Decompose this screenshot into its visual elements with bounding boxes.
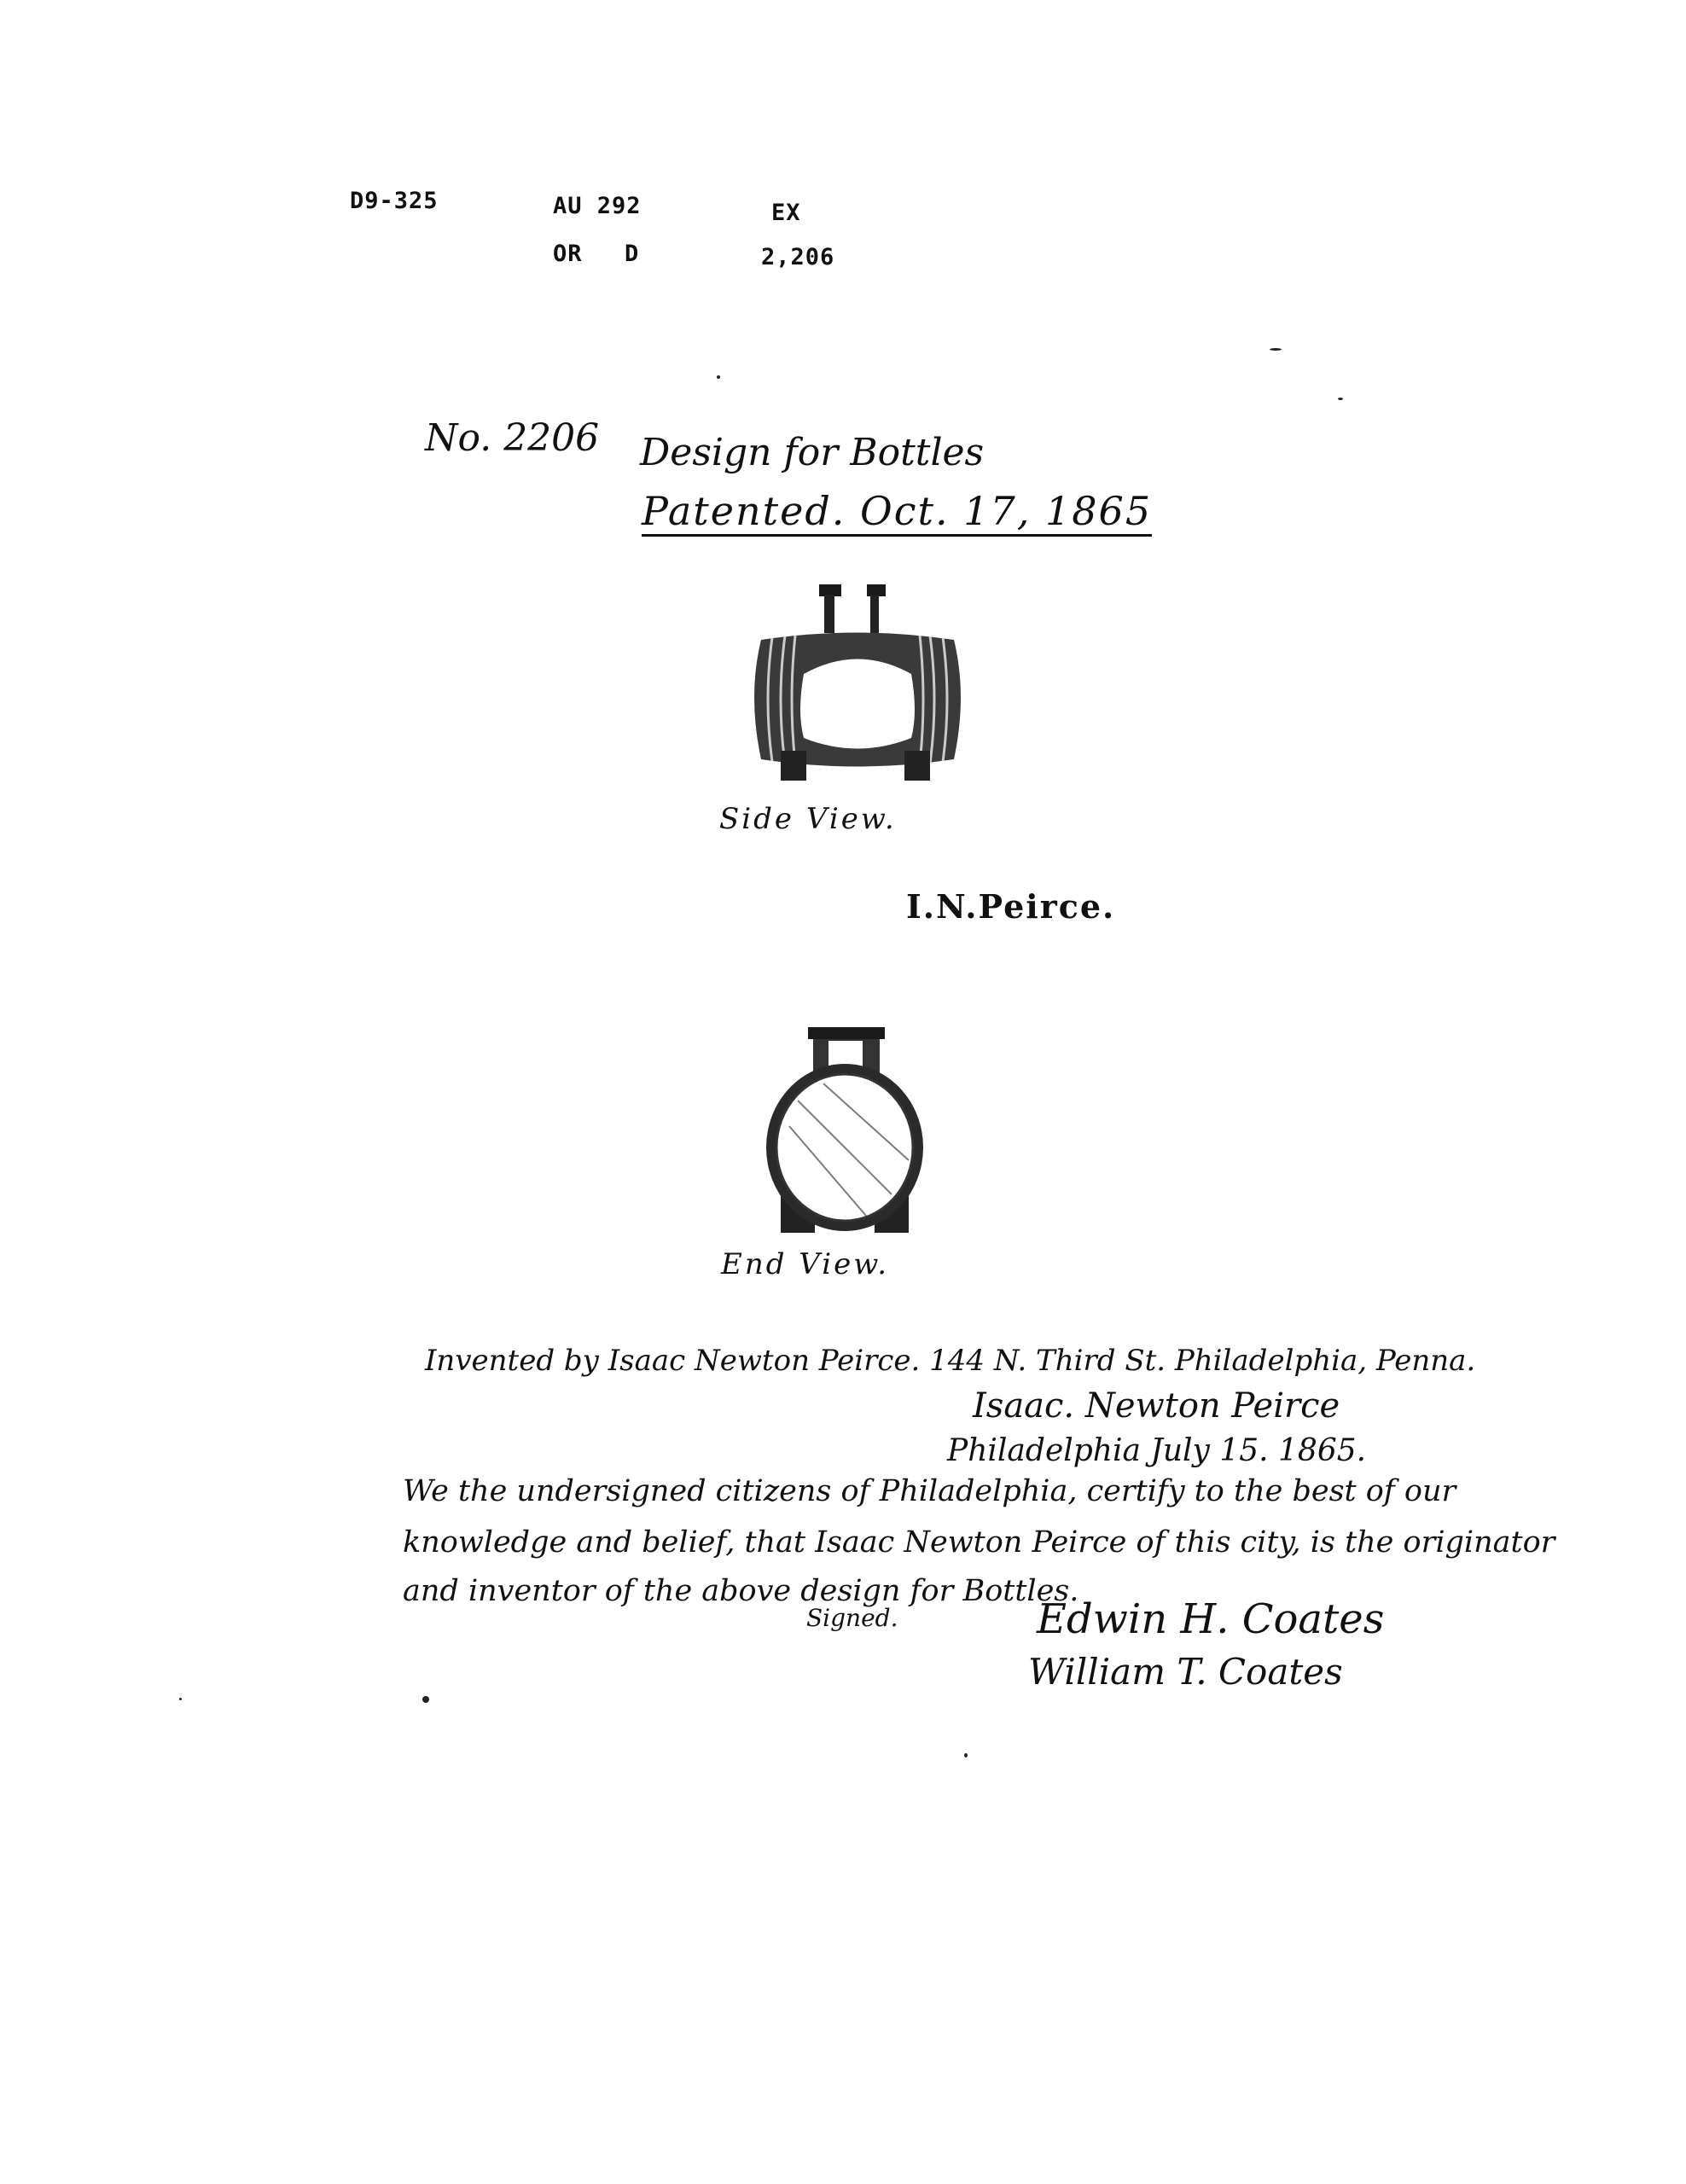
patent-number: No. 2206 [425, 416, 599, 460]
scan-speck [717, 375, 720, 379]
place-date: Philadelphia July 15. 1865. [947, 1433, 1366, 1468]
inventor-stamp: I.N.Peirce. [906, 887, 1115, 926]
scan-speck [964, 1753, 968, 1757]
header-code-ex: EX [771, 200, 801, 226]
header-code-au: AU 292 [553, 193, 642, 219]
certification-line-2: knowledge and belief, that Isaac Newton … [403, 1525, 1555, 1560]
header-patent-number: 2,206 [761, 244, 834, 270]
certification-line-1: We the undersigned citizens of Philadelp… [403, 1474, 1456, 1508]
scan-speck [179, 1698, 182, 1700]
declaration-inventor-line: Invented by Isaac Newton Peirce. 144 N. … [425, 1344, 1475, 1378]
inventor-signature: Isaac. Newton Peirce [973, 1386, 1340, 1426]
header-code-d9-325: D9-325 [350, 188, 439, 214]
patent-title: Design for Bottles [640, 431, 984, 474]
header-code-d: D [625, 241, 639, 267]
scan-speck [422, 1696, 429, 1703]
scan-speck [1338, 398, 1343, 400]
caption-side-view: Side View. [719, 802, 897, 836]
witness-signature-2: William T. Coates [1028, 1651, 1343, 1693]
witness-signature-1: Edwin H. Coates [1037, 1595, 1384, 1643]
header-code-or: OR [553, 241, 583, 267]
signed-label: Signed. [806, 1604, 898, 1632]
barrel-bottle-end-icon [764, 1024, 926, 1237]
patented-date: Patented. Oct. 17, 1865 [642, 488, 1152, 537]
certification-line-3: and inventor of the above design for Bot… [403, 1574, 1078, 1608]
caption-end-view: End View. [721, 1247, 889, 1281]
barrel-bottle-side-icon [751, 576, 964, 785]
scan-speck [1270, 348, 1282, 351]
